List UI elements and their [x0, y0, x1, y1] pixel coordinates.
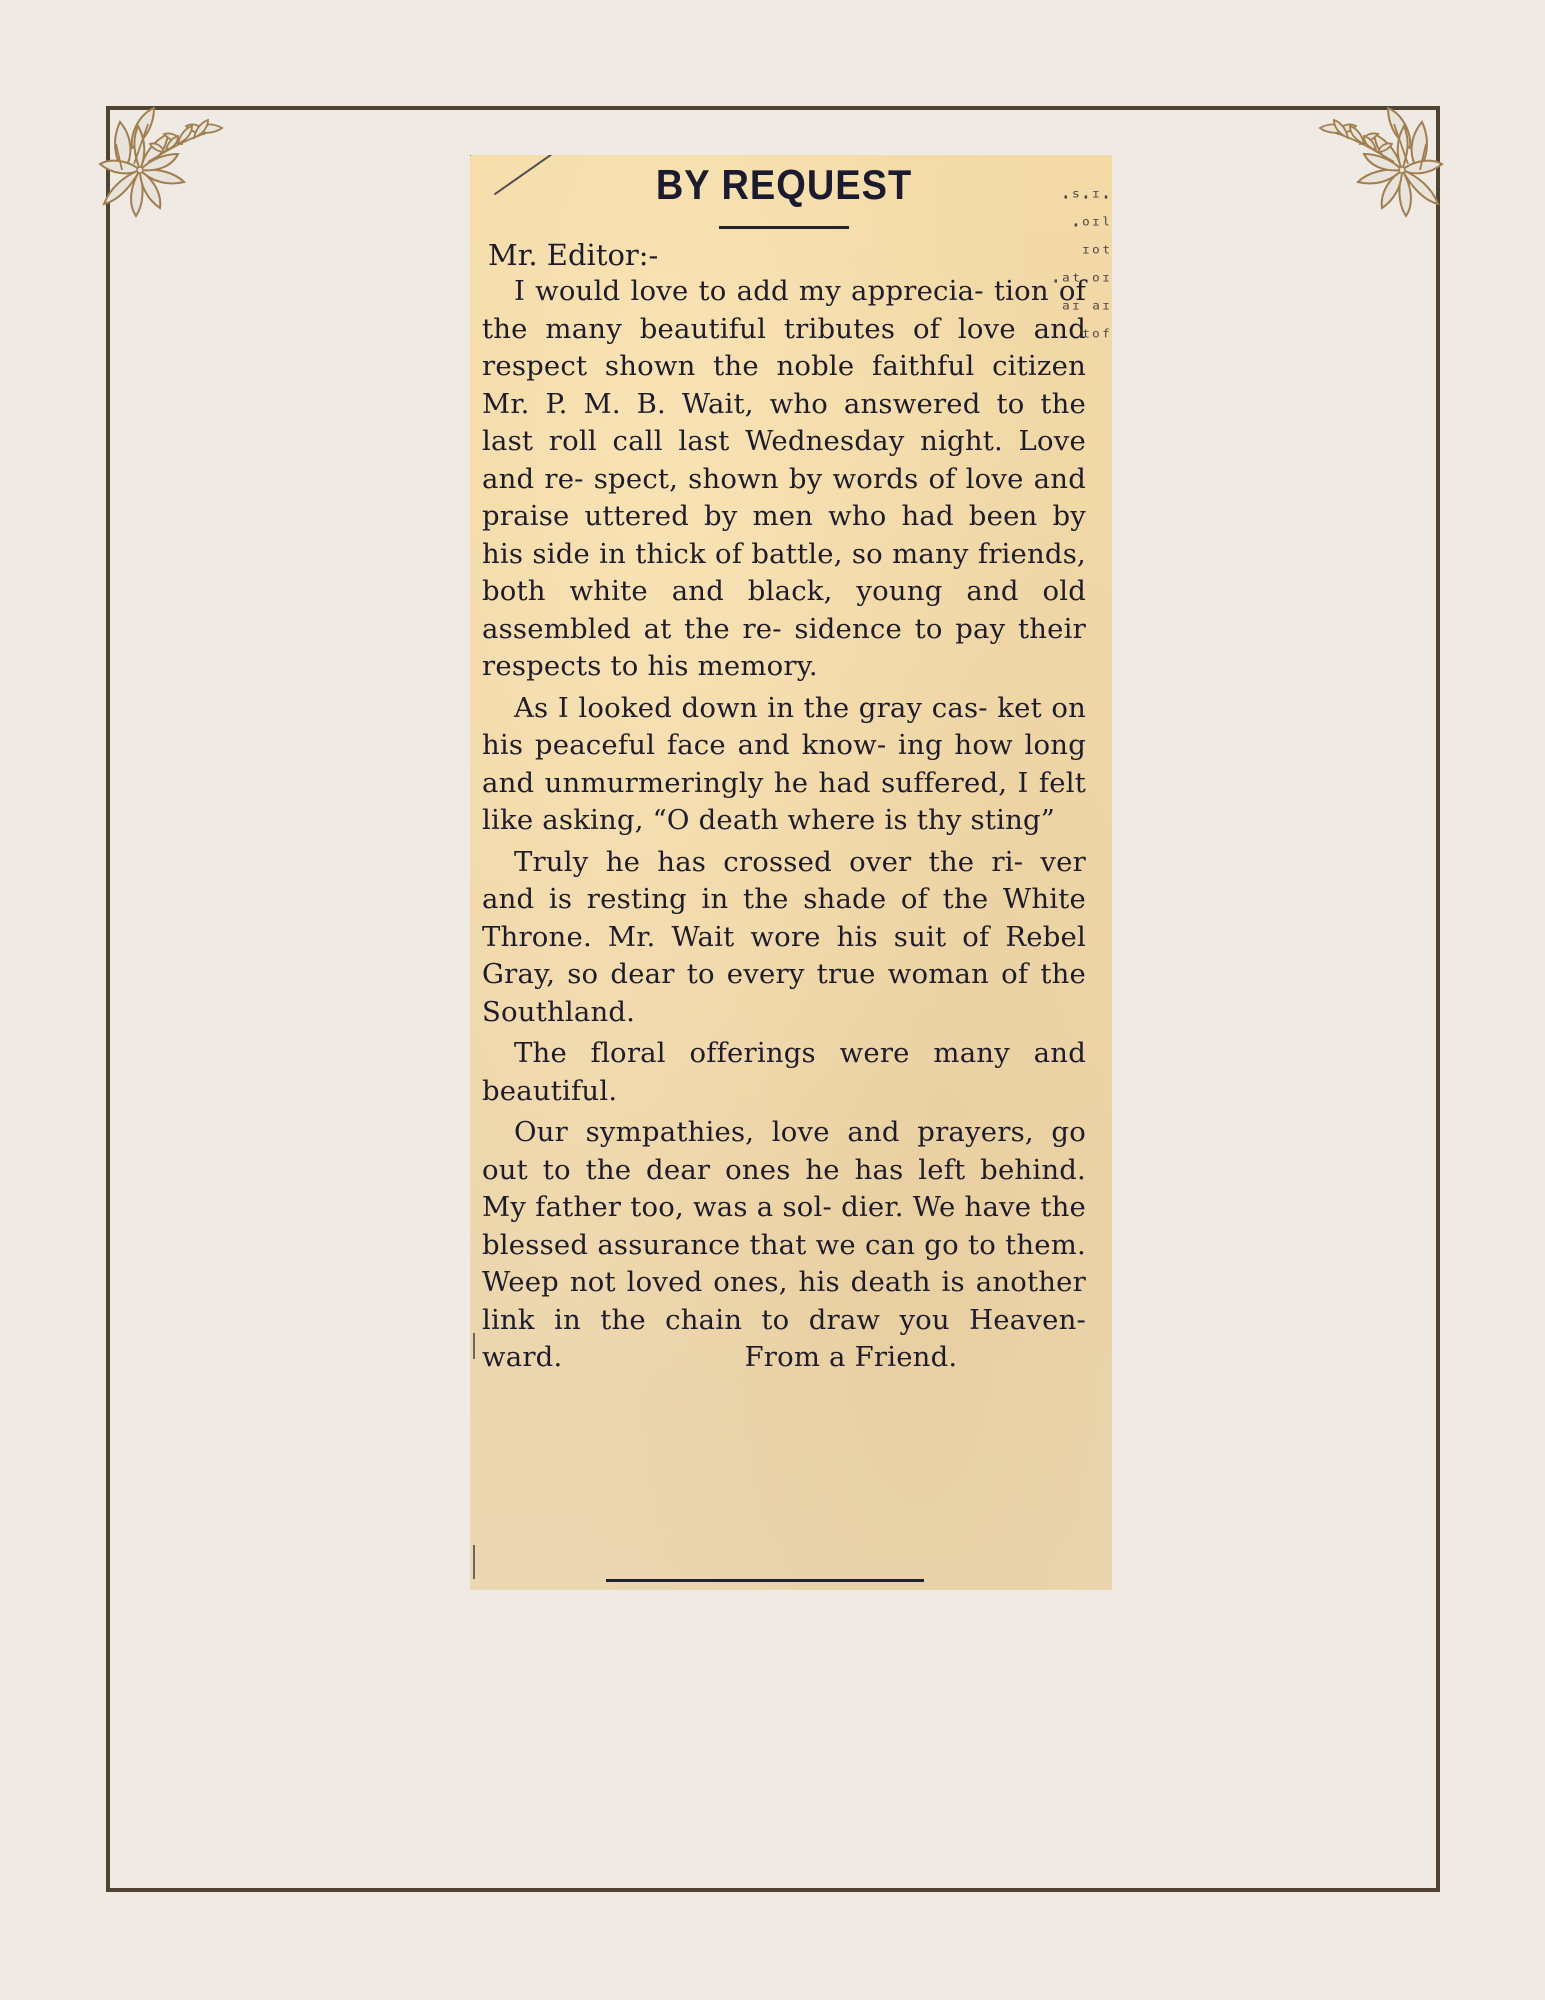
paragraph-1: I would love to add my apprecia- tion of…: [482, 273, 1086, 686]
paragraph-2: As I looked down in the gray cas- ket on…: [482, 690, 1086, 840]
paragraph-5-text: Our sympathies, love and prayers, go out…: [482, 1116, 1086, 1373]
headline-rule: [719, 226, 849, 229]
end-rule: [606, 1579, 924, 1582]
margin-mark: [473, 1333, 475, 1359]
paragraph-3: Truly he has crossed over the ri- ver an…: [482, 844, 1086, 1032]
salutation: Mr. Editor:-: [482, 237, 1086, 273]
paragraph-4: The floral offerings were many and beaut…: [482, 1035, 1086, 1110]
newspaper-clipping: ᵘᴼ ·ˢ·ᶦ· ·ᵒᶦˡ ᶦᵒᵗ ·ᵃᵗ ᵒᶦ ᵃᶦ ᵃᶦ ᵗᵒᶠ BY RE…: [470, 155, 1112, 1590]
margin-mark: [473, 1545, 475, 1579]
signature: From a Friend.: [712, 1339, 957, 1377]
floral-corner-top-left-icon: [82, 104, 232, 254]
headline: BY REQUEST: [482, 163, 1086, 210]
floral-corner-top-right-icon: [1310, 104, 1460, 254]
paragraph-5: Our sympathies, love and prayers, go out…: [482, 1114, 1086, 1377]
